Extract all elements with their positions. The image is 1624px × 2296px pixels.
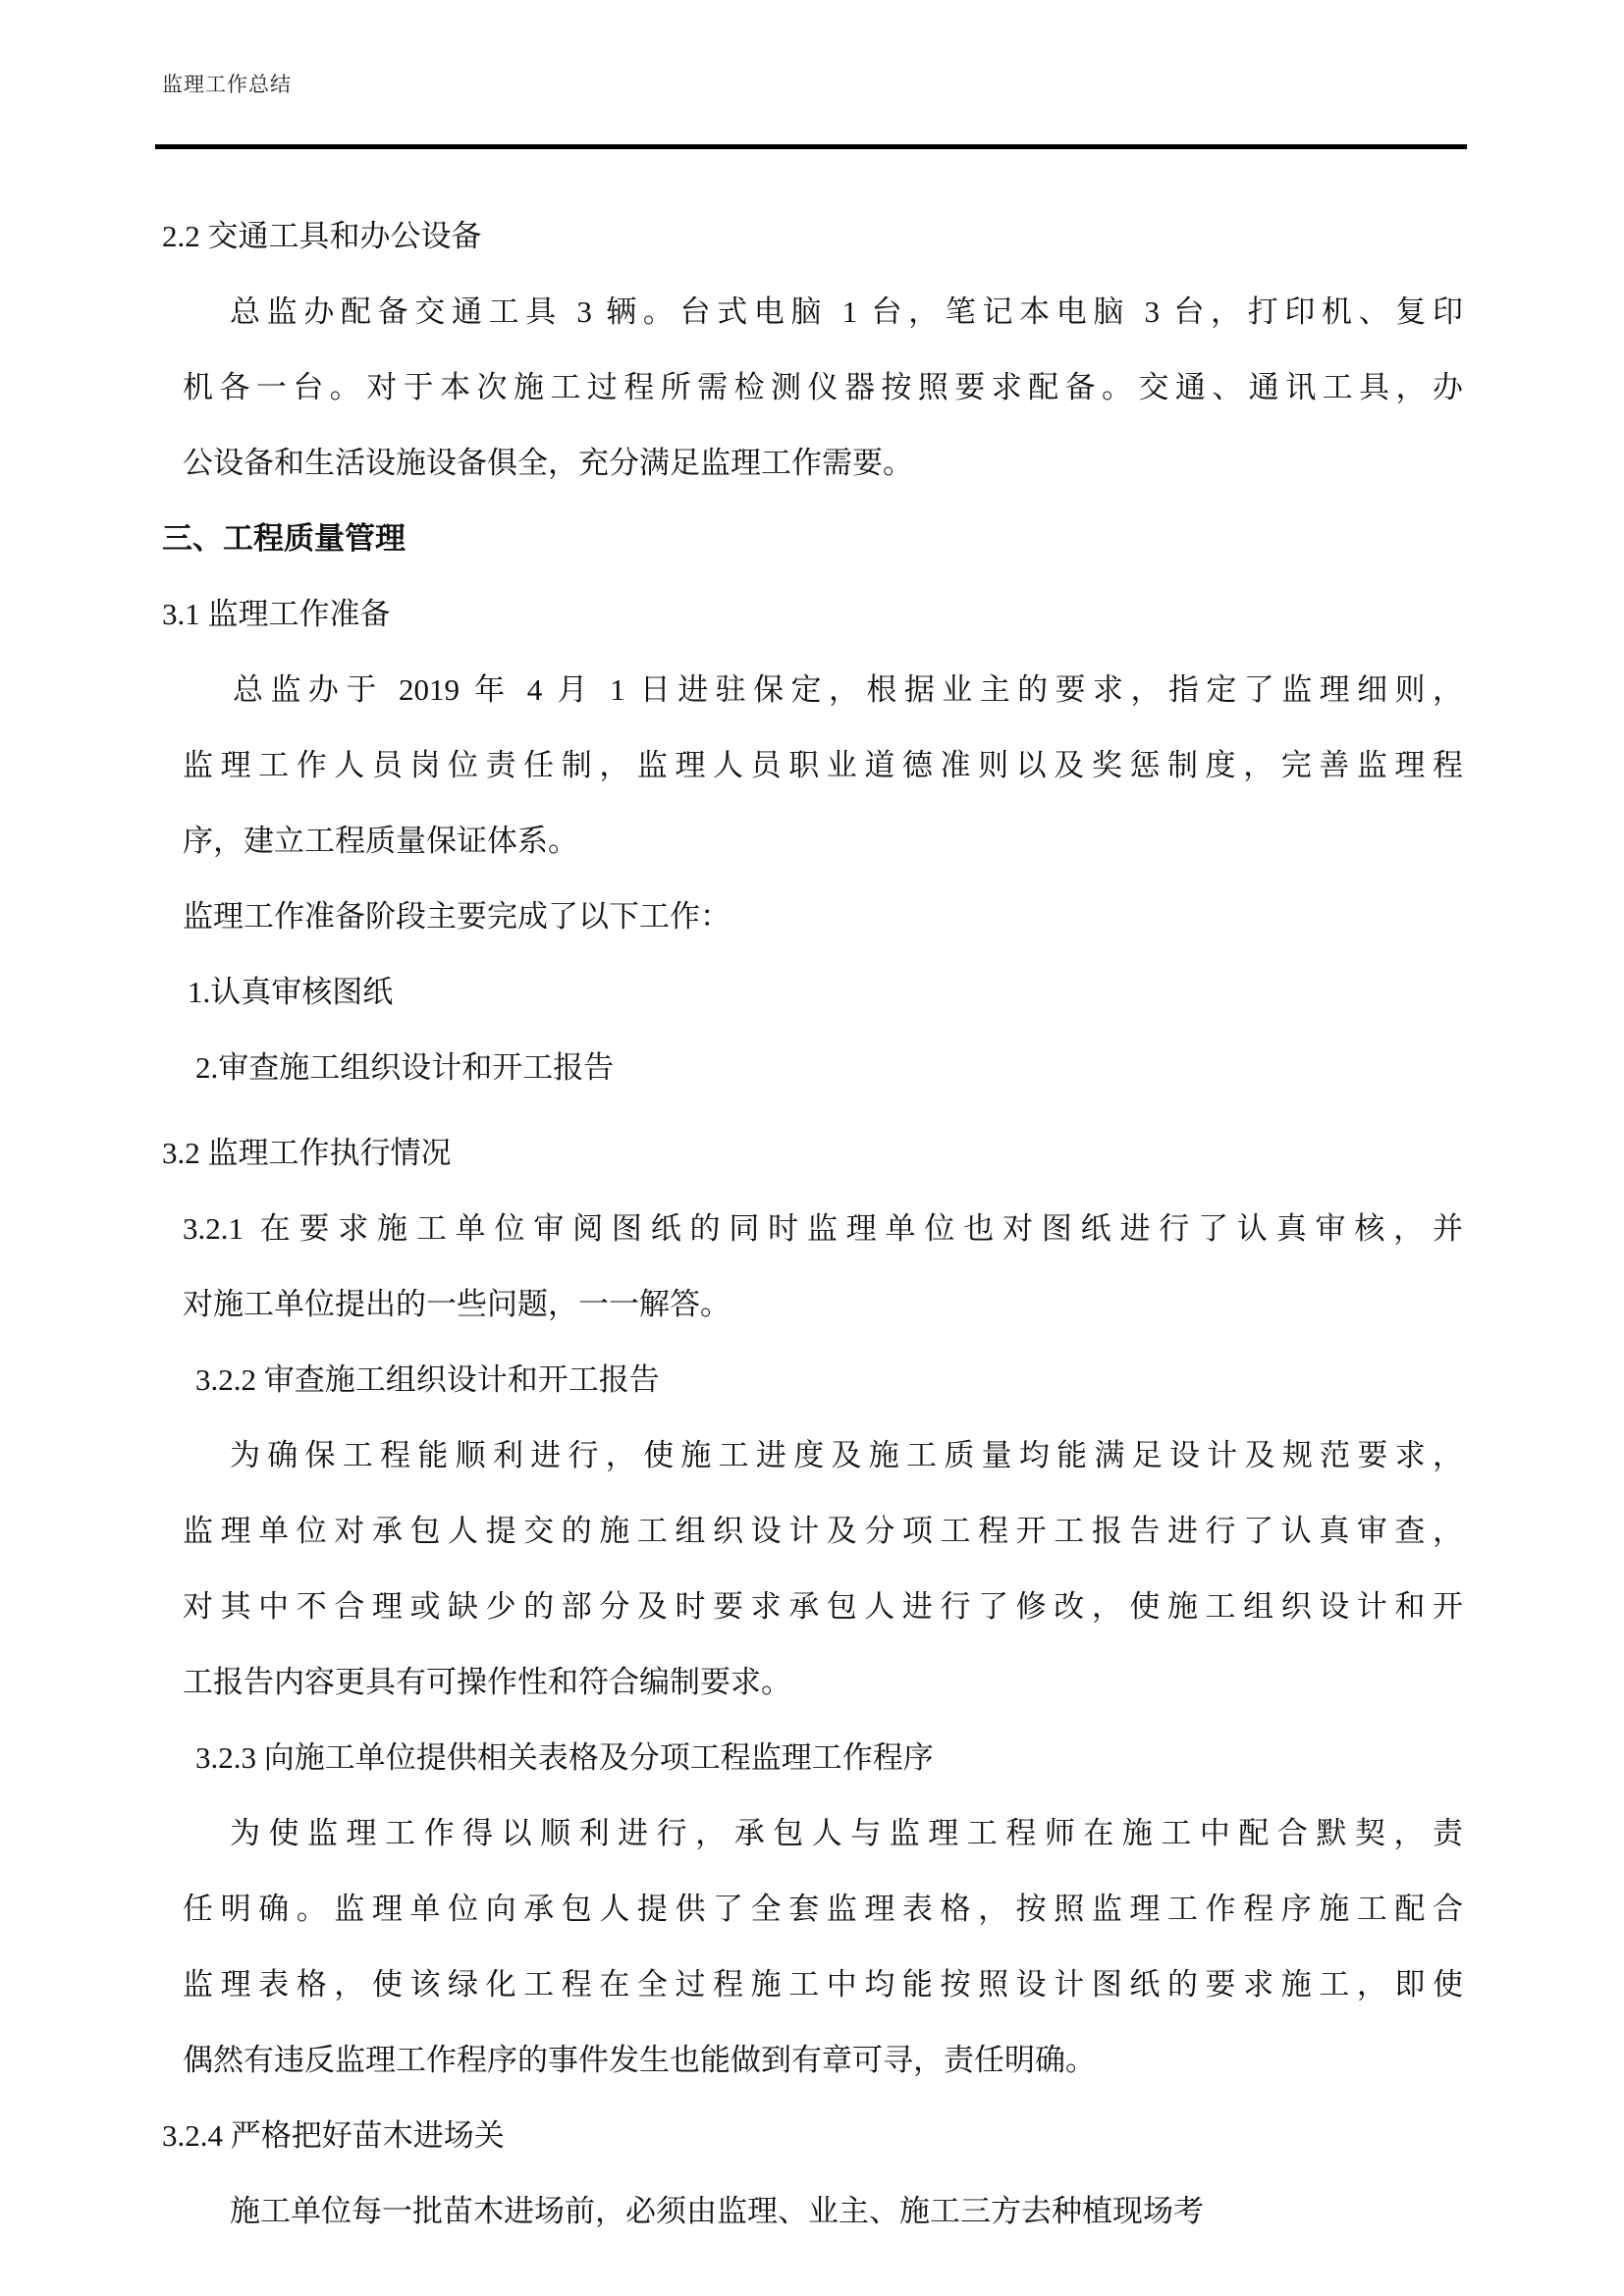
list-item-2: 2.审查施工组织设计和开工报告 xyxy=(195,1030,1463,1105)
paragraph-line: 监理工作人员岗位责任制，监理人员职业道德准则以及奖惩制度，完善监理程 xyxy=(183,727,1463,803)
section-heading-3-2-1: 3.2.1 在要求施工单位审阅图纸的同时监理单位也对图纸进行了认真审核，并 xyxy=(183,1191,1463,1266)
paragraph-line: 施工单位每一批苗木进场前，必须由监理、业主、施工三方去种植现场考 xyxy=(230,2173,1463,2249)
paragraph-line: 总监办于 2019 年 4 月 1 日进驻保定，根据业主的要求，指定了监理细则， xyxy=(233,652,1463,727)
list-item-1: 1.认真审核图纸 xyxy=(188,954,1463,1030)
paragraph-line: 监理工作准备阶段主要完成了以下工作： xyxy=(183,879,1463,954)
section-heading-3-2-4: 3.2.4 严格把好苗木进场关 xyxy=(162,2098,1463,2173)
paragraph-line: 工报告内容更具有可操作性和符合编制要求。 xyxy=(183,1644,1463,1720)
paragraph-line: 监理单位对承包人提交的施工组织设计及分项工程开工报告进行了认真审查， xyxy=(183,1493,1463,1569)
header-divider-rule xyxy=(155,144,1467,149)
paragraph-line: 任明确。监理单位向承包人提供了全套监理表格，按照监理工作程序施工配合 xyxy=(183,1871,1463,1947)
paragraph-line: 为确保工程能顺利进行，使施工进度及施工质量均能满足设计及规范要求， xyxy=(230,1417,1463,1493)
document-body: 2.2 交通工具和办公设备 总监办配备交通工具 3 辆。台式电脑 1 台，笔记本… xyxy=(162,198,1463,2249)
section-heading-2-2: 2.2 交通工具和办公设备 xyxy=(162,198,1463,274)
paragraph-line: 总监办配备交通工具 3 辆。台式电脑 1 台，笔记本电脑 3 台，打印机、复印 xyxy=(230,274,1463,349)
paragraph-line: 对其中不合理或缺少的部分及时要求承包人进行了修改，使施工组织设计和开 xyxy=(183,1569,1463,1644)
paragraph-line: 为使监理工作得以顺利进行，承包人与监理工程师在施工中配合默契，责 xyxy=(230,1795,1463,1871)
paragraph-line: 序，建立工程质量保证体系。 xyxy=(183,803,1463,879)
section-heading-3: 三、工程质量管理 xyxy=(162,501,1463,576)
section-heading-3-2: 3.2 监理工作执行情况 xyxy=(162,1115,1463,1191)
section-heading-3-2-2: 3.2.2 审查施工组织设计和开工报告 xyxy=(195,1342,1463,1417)
section-heading-3-2-3: 3.2.3 向施工单位提供相关表格及分项工程监理工作程序 xyxy=(195,1720,1463,1795)
page-header-title: 监理工作总结 xyxy=(162,69,292,100)
section-heading-3-1: 3.1 监理工作准备 xyxy=(162,576,1463,652)
document-page: 监理工作总结 2.2 交通工具和办公设备 总监办配备交通工具 3 辆。台式电脑 … xyxy=(0,0,1624,2296)
paragraph-line: 偶然有违反监理工作程序的事件发生也能做到有章可寻，责任明确。 xyxy=(183,2022,1463,2098)
paragraph-line: 公设备和生活设施设备俱全，充分满足监理工作需要。 xyxy=(183,425,1463,501)
paragraph-line: 监理表格，使该绿化工程在全过程施工中均能按照设计图纸的要求施工，即使 xyxy=(183,1947,1463,2022)
paragraph-line: 机各一台。对于本次施工过程所需检测仪器按照要求配备。交通、通讯工具，办 xyxy=(183,349,1463,425)
paragraph-line: 对施工单位提出的一些问题，一一解答。 xyxy=(183,1266,1463,1342)
